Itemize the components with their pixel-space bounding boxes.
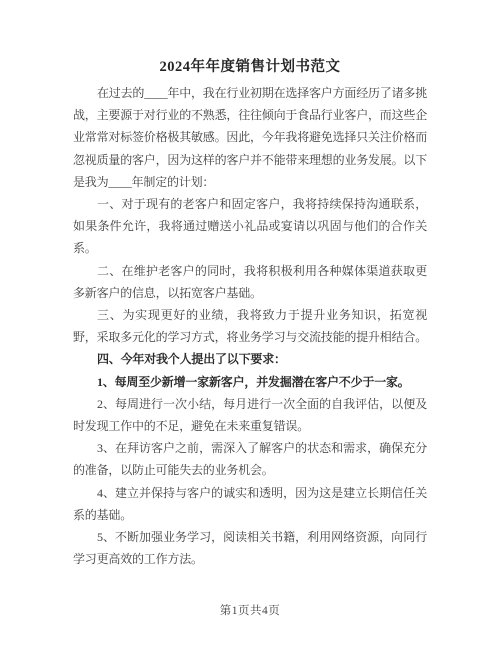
document-title: 2024年年度销售计划书范文 xyxy=(0,55,500,76)
paragraph-3: 二、在维护老客户的同时，我将积极利用各种媒体渠道获取更多新客户的信息，以拓宽客户… xyxy=(73,260,427,304)
paragraph-5: 四、今年对我个人提出了以下要求： xyxy=(73,348,427,370)
document-body: 在过去的____年中，我在行业初期在选择客户方面经历了诸多挑战，主要源于对行业的… xyxy=(73,82,427,570)
page-number: 第1页共4页 xyxy=(0,602,500,618)
paragraph-1: 在过去的____年中，我在行业初期在选择客户方面经历了诸多挑战，主要源于对行业的… xyxy=(73,82,427,193)
paragraph-7: 2、每周进行一次小结，每月进行一次全面的自我评估，以便及时发现工作中的不足，避免… xyxy=(73,393,427,437)
paragraph-9: 4、建立并保持与客户的诚实和透明，因为这是建立长期信任关系的基础。 xyxy=(73,482,427,526)
paragraph-2: 一、对于现有的老客户和固定客户，我将持续保持沟通联系，如果条件允许，我将通过赠送… xyxy=(73,193,427,260)
paragraph-10: 5、不断加强业务学习，阅读相关书籍，利用网络资源，向同行学习更高效的工作方法。 xyxy=(73,526,427,570)
paragraph-6: 1、每周至少新增一家新客户，并发掘潜在客户不少于一家。 xyxy=(73,371,427,393)
document-page: 2024年年度销售计划书范文 在过去的____年中，我在行业初期在选择客户方面经… xyxy=(0,0,500,647)
paragraph-8: 3、在拜访客户之前，需深入了解客户的状态和需求，确保充分的准备，以防止可能失去的… xyxy=(73,437,427,481)
paragraph-4: 三、为实现更好的业绩，我将致力于提升业务知识，拓宽视野，采取多元化的学习方式，将… xyxy=(73,304,427,348)
